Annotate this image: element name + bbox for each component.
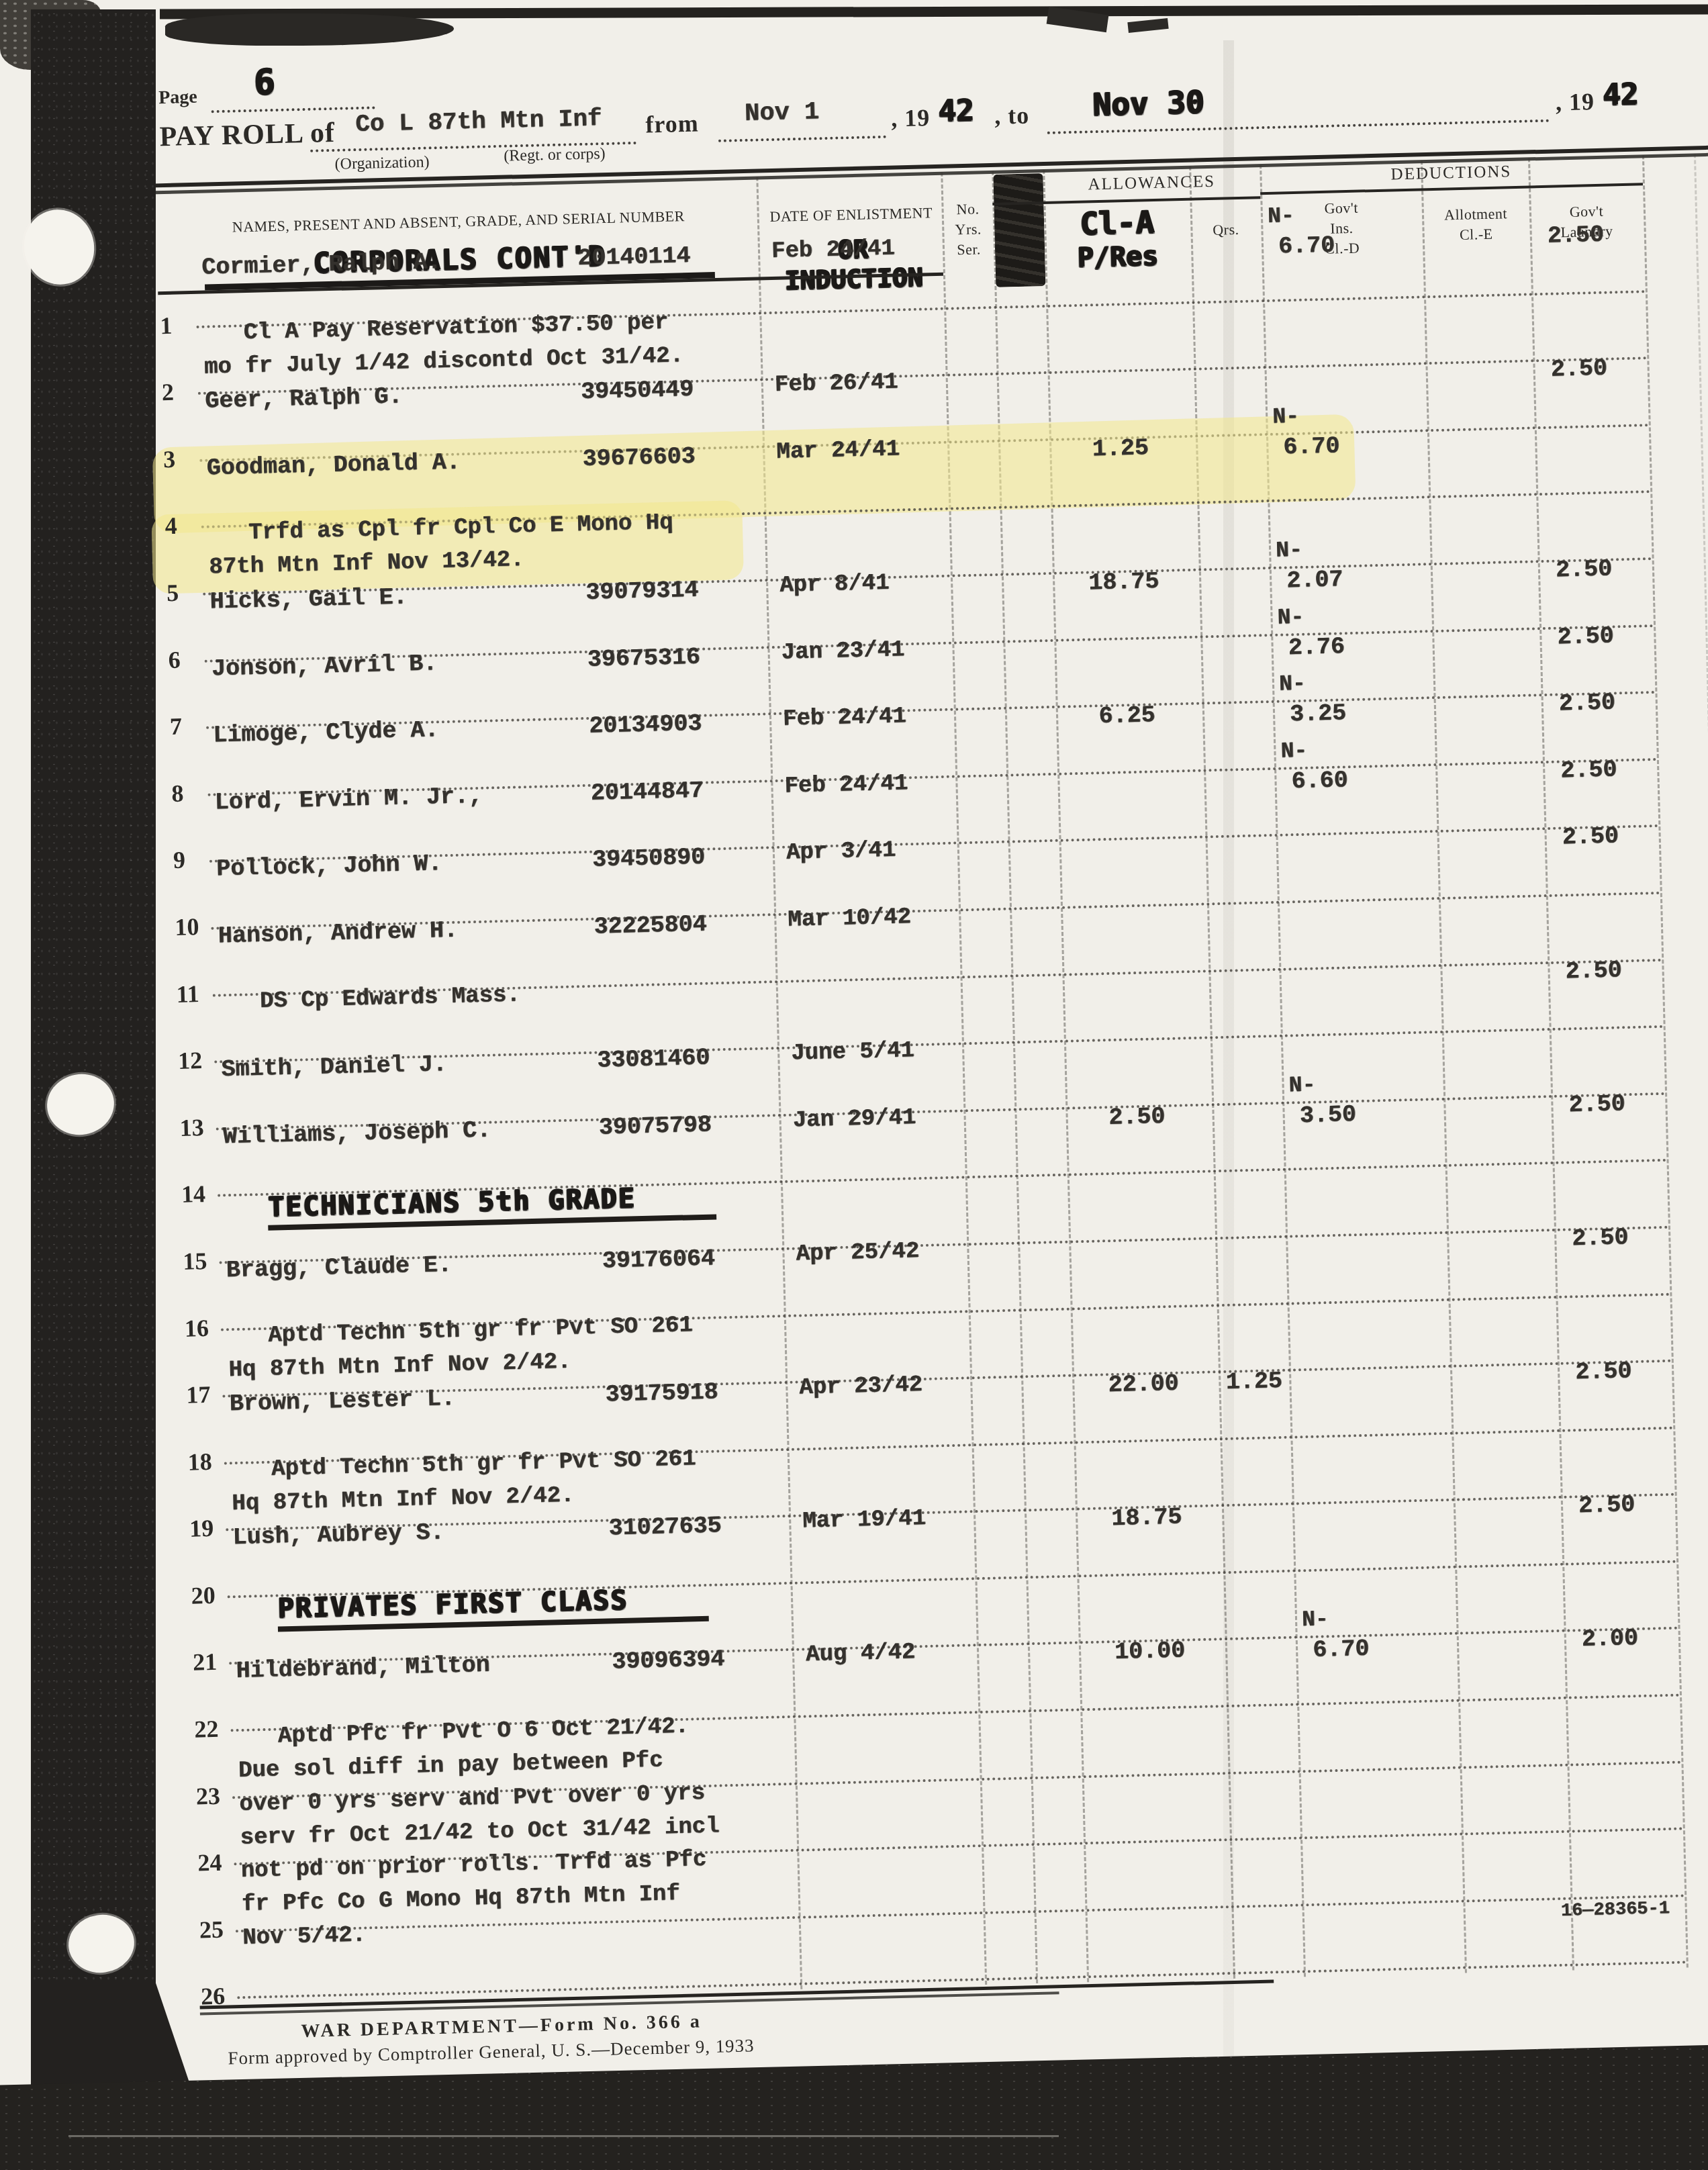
govt-laundry-amount: 2.50 <box>1563 1491 1651 1520</box>
remark-line: Trfd as Cpl fr Cpl Co E Mono Hq <box>248 510 673 546</box>
enlistment-date: Mar 24/41 <box>776 436 900 465</box>
row-number: 17 <box>186 1380 211 1409</box>
soldier-name-line: Bragg, Claude E.39176064 <box>226 1252 452 1284</box>
allowance-cla: 1.25 <box>1051 434 1190 464</box>
govt-insurance-amount: 6.70 <box>1283 432 1340 461</box>
serial-number: 39450449 <box>581 376 694 406</box>
enlistment-date: Apr 3/41 <box>786 838 896 866</box>
remark-line: Hq 87th Mtn Inf Nov 2/42. <box>232 1482 575 1516</box>
scan-scratch <box>68 2135 1059 2137</box>
govt-insurance-amount: 6.70 <box>1313 1636 1370 1664</box>
soldier-name: Hanson, Andrew H. <box>218 917 458 950</box>
soldier-name-line: Williams, Joseph C.39075798 <box>223 1117 491 1150</box>
row-number: 7 <box>170 712 183 741</box>
row-number: 12 <box>178 1046 203 1075</box>
remark-line: 87th Mtn Inf Nov 13/42. <box>209 548 524 581</box>
serial-number: 20134903 <box>589 710 702 740</box>
soldier-name-line: Lord, Ervin M. Jr.,20144847 <box>214 782 483 816</box>
serial-number: 39079314 <box>585 577 699 606</box>
soldier-name: Lush, Aubrey S. <box>232 1519 444 1552</box>
page-number: 6 <box>253 62 275 103</box>
laundry-header-line1: Gov't <box>1569 203 1603 220</box>
to-date: Nov 30 <box>1092 83 1204 122</box>
govt-laundry-amount: 2.00 <box>1566 1625 1654 1654</box>
serial-number: 39676603 <box>582 443 696 473</box>
row-number: 25 <box>199 1916 224 1944</box>
govt-insurance-class: N- <box>1280 738 1308 763</box>
govt-insurance-amount: 6.60 <box>1291 767 1348 795</box>
organization-caption: (Organization) <box>334 153 429 173</box>
serial-number: 39176064 <box>602 1245 715 1274</box>
remark-line: Due sol diff in pay between Pfc <box>238 1748 663 1784</box>
serial-number: 31027635 <box>608 1513 722 1542</box>
soldier-name-line: Brown, Lester L.39175918 <box>229 1385 455 1417</box>
enlistment-date: Feb 24/41 <box>771 236 896 265</box>
soldier-name-line: Goodman, Donald A.39676603 <box>206 449 461 481</box>
govt-laundry-amount: 2.50 <box>1535 355 1623 383</box>
remark-line: DS Cp Edwards Mass. <box>260 982 520 1014</box>
row-number: 10 <box>175 912 199 941</box>
allotment-header-line1: Allotment <box>1444 205 1507 223</box>
row-number: 6 <box>168 645 181 673</box>
remark-line: fr Pfc Co G Mono Hq 87th Mtn Inf <box>242 1881 681 1918</box>
soldier-name: Smith, Daniel J. <box>221 1051 447 1083</box>
govt-laundry-amount: 2.50 <box>1553 1090 1641 1119</box>
govt-insurance-amount: 3.50 <box>1299 1101 1356 1129</box>
enlistment-date: Aug 4/42 <box>806 1640 916 1668</box>
enlistment-date: Mar 19/41 <box>802 1506 927 1534</box>
govt-insurance-class: N- <box>1268 203 1295 229</box>
enlistment-date: Mar 10/42 <box>788 904 912 933</box>
soldier-name: Cormier, Ralph A. <box>201 248 442 281</box>
govt-laundry-amount: 2.50 <box>1546 822 1634 851</box>
row-number: 20 <box>191 1581 216 1610</box>
row-number: 11 <box>176 980 199 1008</box>
row-number: 5 <box>167 579 179 607</box>
row-number: 22 <box>194 1715 219 1744</box>
payroll-rows: 1Cormier, Ralph A.20140114Feb 24/41N-6.7… <box>157 224 1708 2000</box>
row-number: 19 <box>189 1514 214 1543</box>
serial-number: 39675316 <box>587 643 700 673</box>
date-column-header: DATE OF ENLISTMENT <box>760 203 942 228</box>
row-number: 2 <box>161 378 174 406</box>
row-number: 9 <box>173 846 185 874</box>
serial-number: 20140114 <box>577 242 691 272</box>
print-code: 16—28365-1 <box>1560 1899 1670 1922</box>
govt-laundry-amount: 2.50 <box>1560 1358 1648 1386</box>
allowance-cla: 2.50 <box>1067 1102 1206 1132</box>
soldier-name: Williams, Joseph C. <box>223 1117 491 1150</box>
from-label: from <box>645 109 699 139</box>
from-date: Nov 1 <box>745 98 820 128</box>
row-number: 4 <box>164 512 177 540</box>
soldier-name: Jonson, Avril B. <box>211 650 437 682</box>
enlistment-date: Feb 26/41 <box>774 370 898 398</box>
govt-insurance-amount: 3.25 <box>1290 700 1347 728</box>
soldier-name-line: Pollock, John W.39450890 <box>216 851 442 883</box>
soldier-name-line: Geer, Ralph G.39450449 <box>205 383 403 415</box>
govt-insurance-class: N- <box>1288 1072 1316 1098</box>
allowance-cla: 10.00 <box>1081 1637 1219 1667</box>
row-number: 24 <box>197 1848 222 1877</box>
govt-insurance-amount: 6.70 <box>1278 232 1335 260</box>
remark-line: mo fr July 1/42 discontd Oct 31/42. <box>204 343 684 380</box>
serial-number: 33081460 <box>597 1045 710 1074</box>
yrs-header-line2: Yrs. <box>955 220 982 238</box>
govt-insurance-class: N- <box>1302 1607 1329 1633</box>
serial-number: 39175918 <box>605 1379 718 1409</box>
enlistment-date: Feb 24/41 <box>784 771 908 799</box>
row-number: 15 <box>183 1247 207 1276</box>
row-number: 3 <box>163 445 176 473</box>
enlistment-date: June 5/41 <box>791 1038 915 1066</box>
soldier-name: Limoge, Clyde A. <box>213 716 439 749</box>
enlistment-date: Apr 25/42 <box>796 1239 920 1267</box>
cla-stamp-top: Cl-A <box>1079 203 1154 242</box>
row-number: 14 <box>181 1180 206 1209</box>
row-number: 16 <box>184 1313 209 1342</box>
govt-laundry-amount: 2.50 <box>1545 756 1633 785</box>
soldier-name: Pollock, John W. <box>216 851 442 883</box>
govt-insurance-class: N- <box>1272 404 1300 430</box>
govt-laundry-amount: 2.50 <box>1531 221 1619 250</box>
soldier-name-line: Cormier, Ralph A.20140114 <box>201 248 442 281</box>
soldier-name: Goodman, Donald A. <box>206 449 461 481</box>
row-number: 1 <box>160 311 173 339</box>
yrs-header-line1: No. <box>956 200 979 218</box>
remark-line: Hq 87th Mtn Inf Nov 2/42. <box>228 1349 571 1382</box>
serial-number: 39450890 <box>592 844 706 874</box>
soldier-name: Bragg, Claude E. <box>226 1252 452 1284</box>
page-number-line <box>211 79 375 113</box>
serial-number: 20144847 <box>590 777 704 806</box>
govt-insurance-class: N- <box>1277 604 1304 630</box>
soldier-name-line: Lush, Aubrey S.31027635 <box>232 1519 444 1552</box>
soldier-name-line: Hildebrand, Milton39096394 <box>236 1652 490 1685</box>
govt-laundry-amount: 2.50 <box>1556 1224 1644 1253</box>
soldier-name: Hicks, Gail E. <box>209 583 408 615</box>
row-number: 26 <box>201 1982 226 2011</box>
scanned-payroll-document: Page 6 PAY ROLL of Co L 87th Mtn Inf (Or… <box>0 0 1708 2170</box>
allowance-cla: 6.25 <box>1058 701 1196 731</box>
row-number: 8 <box>171 779 184 807</box>
to-year: 42 <box>1602 77 1638 111</box>
govt-laundry-amount: 2.50 <box>1543 689 1631 718</box>
payroll-form: Page 6 PAY ROLL of Co L 87th Mtn Inf (Or… <box>151 0 1708 2135</box>
soldier-name-line: Limoge, Clyde A.20134903 <box>213 716 439 749</box>
soldier-name-line: Hicks, Gail E.39079314 <box>209 583 408 615</box>
soldier-name: Hildebrand, Milton <box>236 1652 490 1685</box>
allowances-header: ALLOWANCES <box>1043 171 1260 196</box>
soldier-name: Geer, Ralph G. <box>205 383 403 415</box>
row-number: 13 <box>179 1113 204 1142</box>
soldier-name: Lord, Ervin M. Jr., <box>214 782 483 816</box>
enlistment-date: Apr 8/41 <box>779 571 890 599</box>
from-year: 42 <box>937 93 974 128</box>
enlistment-date: Jan 23/41 <box>781 637 905 665</box>
soldier-name: Brown, Lester L. <box>229 1385 455 1417</box>
row-number: 18 <box>187 1448 212 1476</box>
ins-header-line1: Gov't <box>1324 199 1358 217</box>
row-number: 21 <box>193 1648 218 1677</box>
enlistment-date: Jan 29/41 <box>792 1105 916 1133</box>
enlistment-date: Feb 24/41 <box>783 704 907 732</box>
soldier-name-line: Smith, Daniel J.33081460 <box>221 1051 447 1083</box>
allowance-qrs: 1.25 <box>1215 1368 1293 1397</box>
serial-number: 32225804 <box>594 911 707 941</box>
soldier-name-line: Jonson, Avril B.39675316 <box>211 650 437 682</box>
govt-insurance-amount: 2.76 <box>1288 633 1345 661</box>
govt-laundry-amount: 2.50 <box>1540 555 1628 584</box>
to-label: , to <box>994 101 1030 130</box>
govt-laundry-amount: 2.50 <box>1541 622 1629 651</box>
allowance-cla: 18.75 <box>1055 567 1193 598</box>
page-label: Page <box>158 87 197 109</box>
remark-line: Nov 5/42. <box>242 1922 367 1950</box>
year-prefix-1: , 19 <box>891 103 931 132</box>
names-column-header: NAMES, PRESENT AND ABSENT, GRADE, AND SE… <box>183 205 734 238</box>
govt-insurance-class: N- <box>1279 671 1307 697</box>
remark-line: serv fr Oct 21/42 to Oct 31/42 incl <box>240 1813 720 1850</box>
row-number: 23 <box>195 1781 220 1810</box>
allowance-cla: 18.75 <box>1078 1503 1216 1534</box>
allowance-cla: 22.00 <box>1074 1370 1213 1400</box>
govt-insurance-class: N- <box>1276 538 1303 563</box>
serial-number: 39075798 <box>598 1111 712 1141</box>
serial-number: 39096394 <box>612 1646 725 1676</box>
enlistment-date: Apr 23/42 <box>799 1372 923 1401</box>
govt-insurance-amount: 2.07 <box>1286 566 1343 594</box>
regt-caption: (Regt. or corps) <box>504 145 606 166</box>
year-prefix-2: , 19 <box>1555 87 1595 116</box>
govt-laundry-amount: 2.50 <box>1550 956 1638 985</box>
soldier-name-line: Hanson, Andrew H.32225804 <box>218 917 458 950</box>
